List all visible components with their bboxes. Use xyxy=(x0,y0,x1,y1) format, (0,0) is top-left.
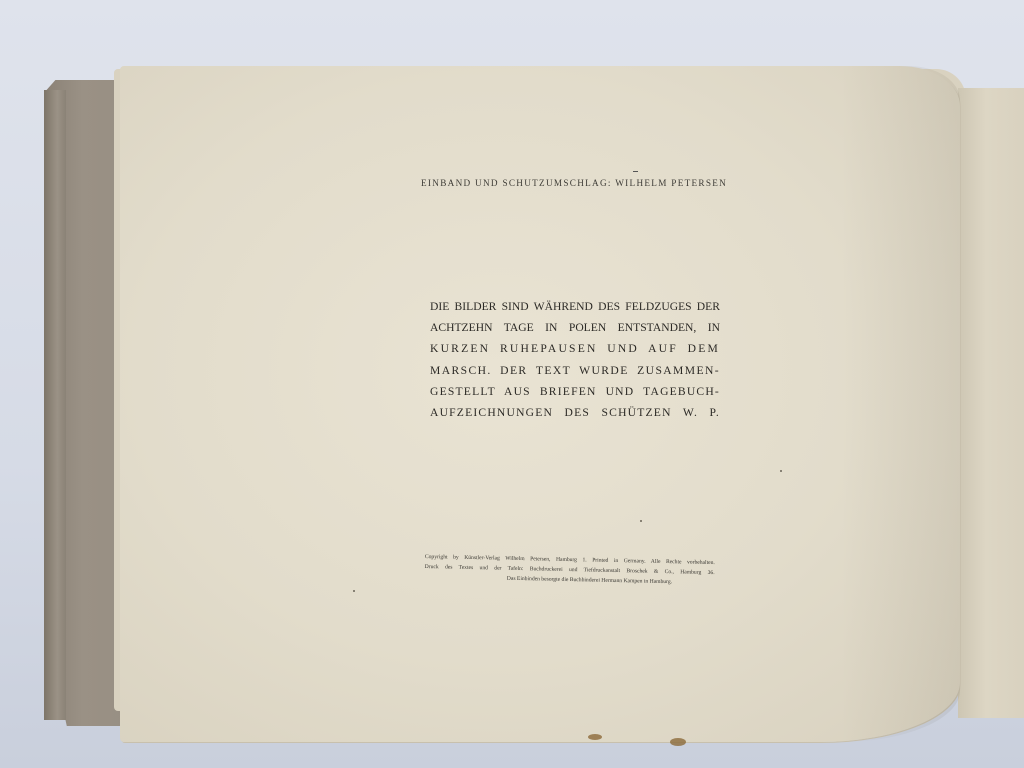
page-stain xyxy=(670,738,686,746)
facing-page xyxy=(958,88,1024,718)
main-text-block: Die Bilder sind während des Feldzuges de… xyxy=(430,296,720,423)
main-text-line: Die Bilder sind während des Feldzuges de… xyxy=(430,296,720,317)
main-text-line: aufzeichnungen des Schützen W. P. xyxy=(430,402,720,423)
main-text-line: kurzen Ruhepausen und auf dem xyxy=(430,338,720,359)
page-stain xyxy=(588,734,602,740)
main-text-line: Marsch. Der Text wurde zusammen- xyxy=(430,360,720,381)
book-spine xyxy=(44,90,66,720)
paper-speck xyxy=(353,590,355,592)
main-text-line: gestellt aus Briefen und Tagebuch- xyxy=(430,381,720,402)
copyright-block: Copyright by Künstler-Verlag Wilhelm Pet… xyxy=(424,552,715,588)
main-text-line: achtzehn Tage in Polen entstanden, in xyxy=(430,317,720,338)
paper-speck xyxy=(780,470,782,472)
binding-credit: Einband und Schutzumschlag: Wilhelm Pete… xyxy=(421,178,721,188)
book-photo: Einband und Schutzumschlag: Wilhelm Pete… xyxy=(0,0,1024,768)
paper-speck xyxy=(640,520,642,522)
printer-mark xyxy=(633,171,638,172)
